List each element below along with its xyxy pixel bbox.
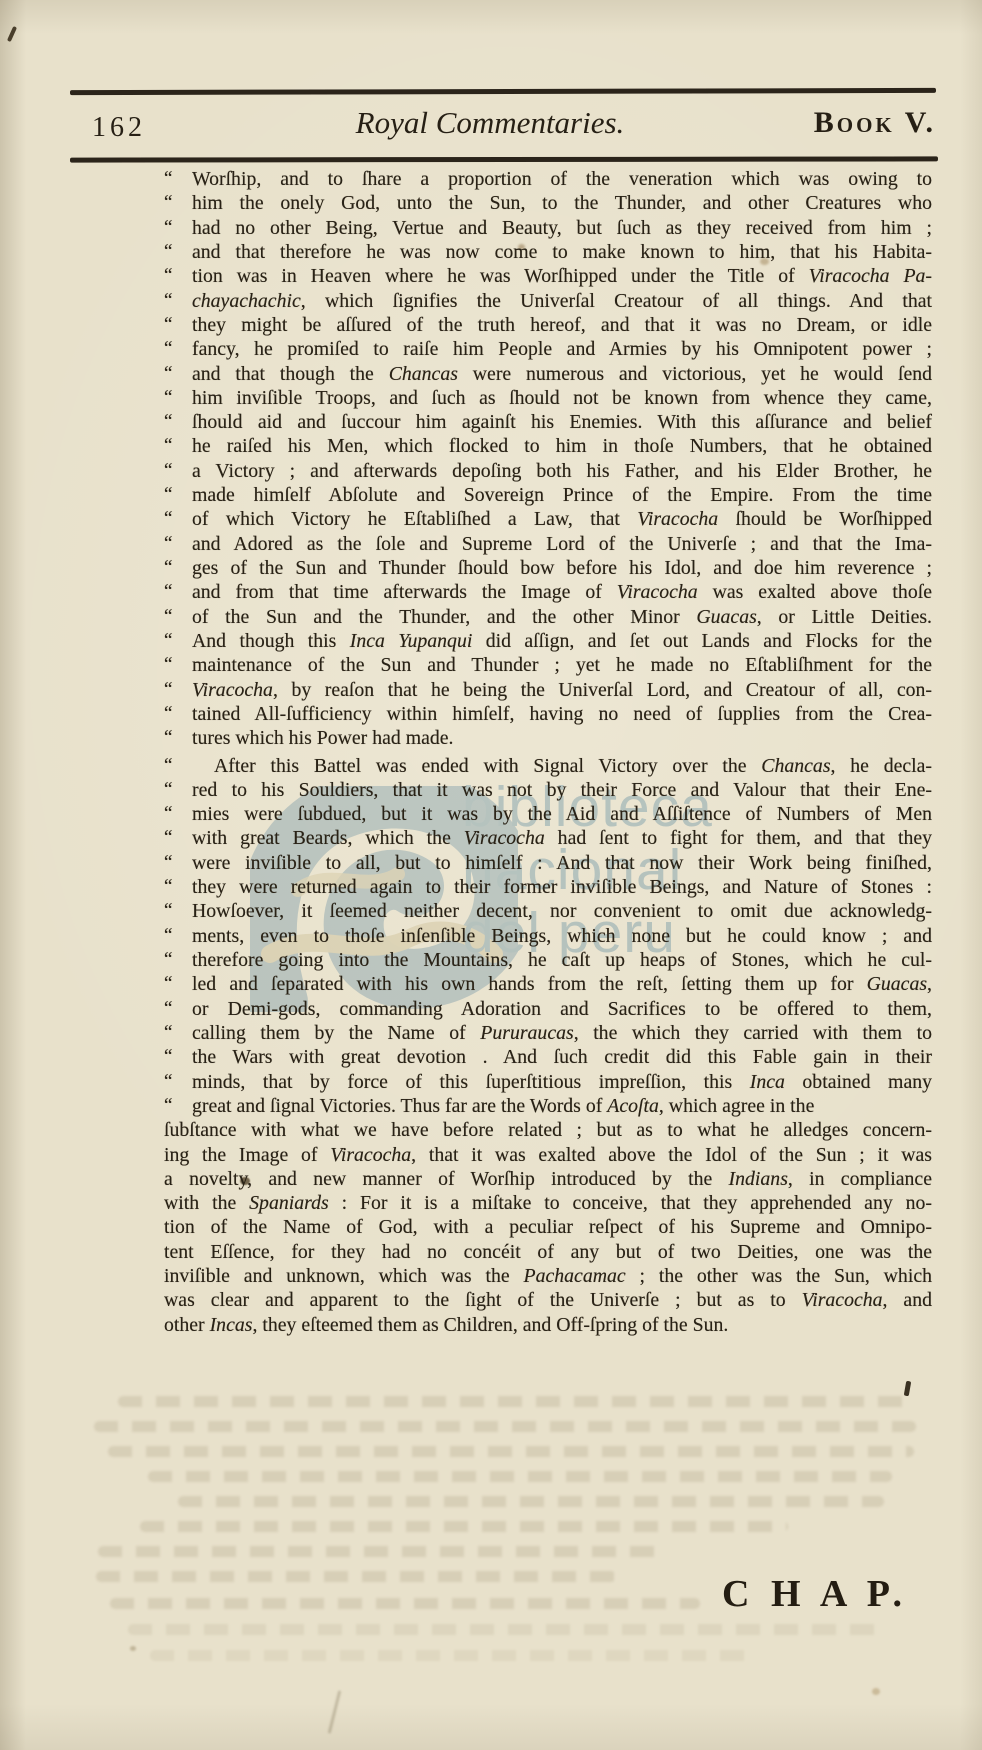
quote-mark: “ — [164, 1021, 192, 1045]
line-text: great and ſignal Victories. Thus far are… — [192, 1094, 932, 1118]
quote-mark: “ — [164, 678, 192, 702]
book-label: Book V. — [814, 106, 936, 140]
text-line: “and from that time afterwards the Image… — [164, 580, 932, 604]
line-text: calling them by the Name of Pururaucas, … — [192, 1021, 932, 1045]
line-text: ments, even to thoſe inſenſible Beings, … — [192, 924, 932, 948]
ink-mark — [7, 26, 17, 42]
line-text: tures which his Power had made. — [192, 726, 932, 750]
quote-mark: “ — [164, 972, 192, 996]
quote-mark: “ — [164, 899, 192, 923]
text-line: a novelty, and new manner of Worſhip int… — [164, 1167, 932, 1191]
line-text: Worſhip, and to ſhare a proportion of th… — [192, 167, 932, 191]
quote-mark: “ — [164, 605, 192, 629]
line-text: inviſible and unknown, which was the Pac… — [164, 1264, 932, 1288]
header-rule-bottom — [70, 156, 938, 162]
paragraph: “After this Battel was ended with Signal… — [164, 754, 932, 1119]
line-text: minds, that by force of this ſuperſtitio… — [192, 1070, 932, 1094]
quote-mark: “ — [164, 948, 192, 972]
text-line: “minds, that by force of this ſuperſtiti… — [164, 1070, 932, 1094]
paragraph: ſubſtance with what we have before relat… — [164, 1118, 932, 1337]
quote-mark: “ — [164, 483, 192, 507]
line-text: ſhould aid and ſuccour him againſt his E… — [192, 410, 932, 434]
quote-mark: “ — [164, 532, 192, 556]
line-text: he raiſed his Men, which flocked to him … — [192, 434, 932, 458]
text-line: “led and ſeparated with his own hands fr… — [164, 972, 932, 996]
quote-mark: “ — [164, 1070, 192, 1094]
text-line: “ments, even to thoſe inſenſible Beings,… — [164, 924, 932, 948]
line-text: tion of the Name of God, with a peculiar… — [164, 1215, 932, 1239]
line-text: tent Eſſence, for they had no concéit of… — [164, 1240, 932, 1264]
text-line: “tures which his Power had made. — [164, 726, 932, 750]
quote-mark: “ — [164, 410, 192, 434]
line-text: had no other Being, Vertue and Beauty, b… — [192, 216, 932, 240]
line-text: of which Victory he Eſtabliſhed a Law, t… — [192, 507, 932, 531]
quote-mark: “ — [164, 313, 192, 337]
quote-mark: “ — [164, 362, 192, 386]
text-line: “they were returned again to their forme… — [164, 875, 932, 899]
quote-mark: “ — [164, 216, 192, 240]
quote-mark: “ — [164, 459, 192, 483]
text-line: “had no other Being, Vertue and Beauty, … — [164, 216, 932, 240]
text-line: “and Adored as the ſole and Supreme Lord… — [164, 532, 932, 556]
line-text: him inviſible Troops, and ſuch as ſhould… — [192, 386, 932, 410]
text-line: “Howſoever, it ſeemed neither decent, no… — [164, 899, 932, 923]
quote-mark: “ — [164, 289, 192, 313]
running-title: Royal Commentaries. — [300, 105, 680, 141]
quote-mark: “ — [164, 778, 192, 802]
text-line: “and that therefore he was now come to m… — [164, 240, 932, 264]
text-line: “great and ſignal Victories. Thus far ar… — [164, 1094, 932, 1118]
text-line: “of which Victory he Eſtabliſhed a Law, … — [164, 507, 932, 531]
text-line: “therefore going into the Mountains, he … — [164, 948, 932, 972]
text-line: “he raiſed his Men, which flocked to him… — [164, 434, 932, 458]
text-line: “red to his Souldiers, that it was not b… — [164, 778, 932, 802]
line-text: or Demi-gods, commanding Adoration and S… — [192, 997, 932, 1021]
quote-mark: “ — [164, 386, 192, 410]
paragraph: “Worſhip, and to ſhare a proportion of t… — [164, 167, 932, 751]
quote-mark: “ — [164, 754, 192, 778]
text-line: “him inviſible Troops, and ſuch as ſhoul… — [164, 386, 932, 410]
scratch-mark — [328, 1690, 342, 1733]
line-text: was clear and apparent to the ſight of t… — [164, 1288, 932, 1312]
line-text: led and ſeparated with his own hands fro… — [192, 972, 932, 996]
text-line: “the Wars with great devotion . And ſuch… — [164, 1045, 932, 1069]
text-line: “ges of the Sun and Thunder ſhould bow b… — [164, 556, 932, 580]
line-text: they were returned again to their former… — [192, 875, 932, 899]
quote-mark: “ — [164, 1045, 192, 1069]
line-text: tion was in Heaven where he was Worſhipp… — [192, 264, 932, 288]
quote-mark: “ — [164, 507, 192, 531]
quote-mark: “ — [164, 580, 192, 604]
text-line: was clear and apparent to the ſight of t… — [164, 1288, 932, 1312]
quote-mark: “ — [164, 924, 192, 948]
text-line: “and that though the Chancas were numero… — [164, 362, 932, 386]
foxing-spot — [130, 1646, 136, 1651]
text-line: “And though this Inca Yupanqui did aſſig… — [164, 629, 932, 653]
text-line: “chayachachic, which ſignifies the Unive… — [164, 289, 932, 313]
line-text: Viracocha, by reaſon that he being the U… — [192, 678, 932, 702]
line-text: with great Beards, which the Viracocha h… — [192, 826, 932, 850]
quote-mark: “ — [164, 702, 192, 726]
line-text: tained All-ſufficiency within himſelf, h… — [192, 702, 932, 726]
header-rule-top — [70, 88, 936, 95]
quote-mark: “ — [164, 653, 192, 677]
line-text: of the Sun and the Thunder, and the othe… — [192, 605, 932, 629]
text-line: “calling them by the Name of Pururaucas,… — [164, 1021, 932, 1045]
text-line: ing the Image of Viracocha, that it was … — [164, 1143, 932, 1167]
quote-mark: “ — [164, 434, 192, 458]
quote-mark: “ — [164, 875, 192, 899]
text-line: “with great Beards, which the Viracocha … — [164, 826, 932, 850]
line-text: ſubſtance with what we have before relat… — [164, 1118, 932, 1142]
line-text: fancy, he promiſed to raiſe him People a… — [192, 337, 932, 361]
line-text: the Wars with great devotion . And ſuch … — [192, 1045, 932, 1069]
line-text: made himſelf Abſolute and Sovereign Prin… — [192, 483, 932, 507]
line-text: a Victory ; and afterwards depoſing both… — [192, 459, 932, 483]
ink-mark — [904, 1381, 912, 1397]
line-text: with the Spaniards : For it is a miſtake… — [164, 1191, 932, 1215]
text-line: “a Victory ; and afterwards depoſing bot… — [164, 459, 932, 483]
line-text: ges of the Sun and Thunder ſhould bow be… — [192, 556, 932, 580]
text-line: ſubſtance with what we have before relat… — [164, 1118, 932, 1142]
line-text: red to his Souldiers, that it was not by… — [192, 778, 932, 802]
body-text: “Worſhip, and to ſhare a proportion of t… — [164, 167, 932, 1337]
line-text: and Adored as the ſole and Supreme Lord … — [192, 532, 932, 556]
quote-mark: “ — [164, 556, 192, 580]
text-line: other Incas, they eſteemed them as Child… — [164, 1313, 932, 1337]
line-text: a novelty, and new manner of Worſhip int… — [164, 1167, 932, 1191]
line-text: and that though the Chancas were numerou… — [192, 362, 932, 386]
line-text: After this Battel was ended with Signal … — [192, 754, 932, 778]
quote-mark: “ — [164, 851, 192, 875]
line-text: him the onely God, unto the Sun, to the … — [192, 191, 932, 215]
line-text: they might be aſſured of the truth hereo… — [192, 313, 932, 337]
text-line: “made himſelf Abſolute and Sovereign Pri… — [164, 483, 932, 507]
text-line: “Worſhip, and to ſhare a proportion of t… — [164, 167, 932, 191]
line-text: were inviſible to all, but to himſelf : … — [192, 851, 932, 875]
quote-mark: “ — [164, 726, 192, 750]
text-line: tent Eſſence, for they had no concéit of… — [164, 1240, 932, 1264]
text-line: “mies were ſubdued, but it was by the Ai… — [164, 802, 932, 826]
text-line: “they might be aſſured of the truth here… — [164, 313, 932, 337]
line-text: ing the Image of Viracocha, that it was … — [164, 1143, 932, 1167]
foxing-spot — [872, 1688, 880, 1695]
line-text: chayachachic, which ſignifies the Univer… — [192, 289, 932, 313]
line-text: other Incas, they eſteemed them as Child… — [164, 1313, 932, 1337]
line-text: maintenance of the Sun and Thunder ; yet… — [192, 653, 932, 677]
text-line: “were inviſible to all, but to himſelf :… — [164, 851, 932, 875]
line-text: Howſoever, it ſeemed neither decent, nor… — [192, 899, 932, 923]
text-line: “Viracocha, by reaſon that he being the … — [164, 678, 932, 702]
text-line: “tained All-ſufficiency within himſelf, … — [164, 702, 932, 726]
quote-mark: “ — [164, 240, 192, 264]
text-line: tion of the Name of God, with a peculiar… — [164, 1215, 932, 1239]
quote-mark: “ — [164, 167, 192, 191]
chapter-catchword: C H A P. — [722, 1572, 908, 1616]
text-line: “After this Battel was ended with Signal… — [164, 754, 932, 778]
line-text: therefore going into the Mountains, he c… — [192, 948, 932, 972]
quote-mark: “ — [164, 1094, 192, 1118]
quote-mark: “ — [164, 802, 192, 826]
quote-mark: “ — [164, 337, 192, 361]
text-line: “tion was in Heaven where he was Worſhip… — [164, 264, 932, 288]
quote-mark: “ — [164, 826, 192, 850]
page-number: 162 — [92, 112, 146, 144]
text-line: “of the Sun and the Thunder, and the oth… — [164, 605, 932, 629]
text-line: “him the onely God, unto the Sun, to the… — [164, 191, 932, 215]
text-line: with the Spaniards : For it is a miſtake… — [164, 1191, 932, 1215]
quote-mark: “ — [164, 997, 192, 1021]
line-text: and that therefore he was now come to ma… — [192, 240, 932, 264]
line-text: mies were ſubdued, but it was by the Aid… — [192, 802, 932, 826]
text-line: “maintenance of the Sun and Thunder ; ye… — [164, 653, 932, 677]
quote-mark: “ — [164, 264, 192, 288]
text-line: “fancy, he promiſed to raiſe him People … — [164, 337, 932, 361]
book-page-scan: biblioteca nacional del peru 162 Royal C… — [0, 0, 982, 1750]
quote-mark: “ — [164, 629, 192, 653]
quote-mark: “ — [164, 191, 192, 215]
line-text: and from that time afterwards the Image … — [192, 580, 932, 604]
text-line: “ſhould aid and ſuccour him againſt his … — [164, 410, 932, 434]
text-line: “or Demi-gods, commanding Adoration and … — [164, 997, 932, 1021]
line-text: And though this Inca Yupanqui did aſſign… — [192, 629, 932, 653]
text-line: inviſible and unknown, which was the Pac… — [164, 1264, 932, 1288]
